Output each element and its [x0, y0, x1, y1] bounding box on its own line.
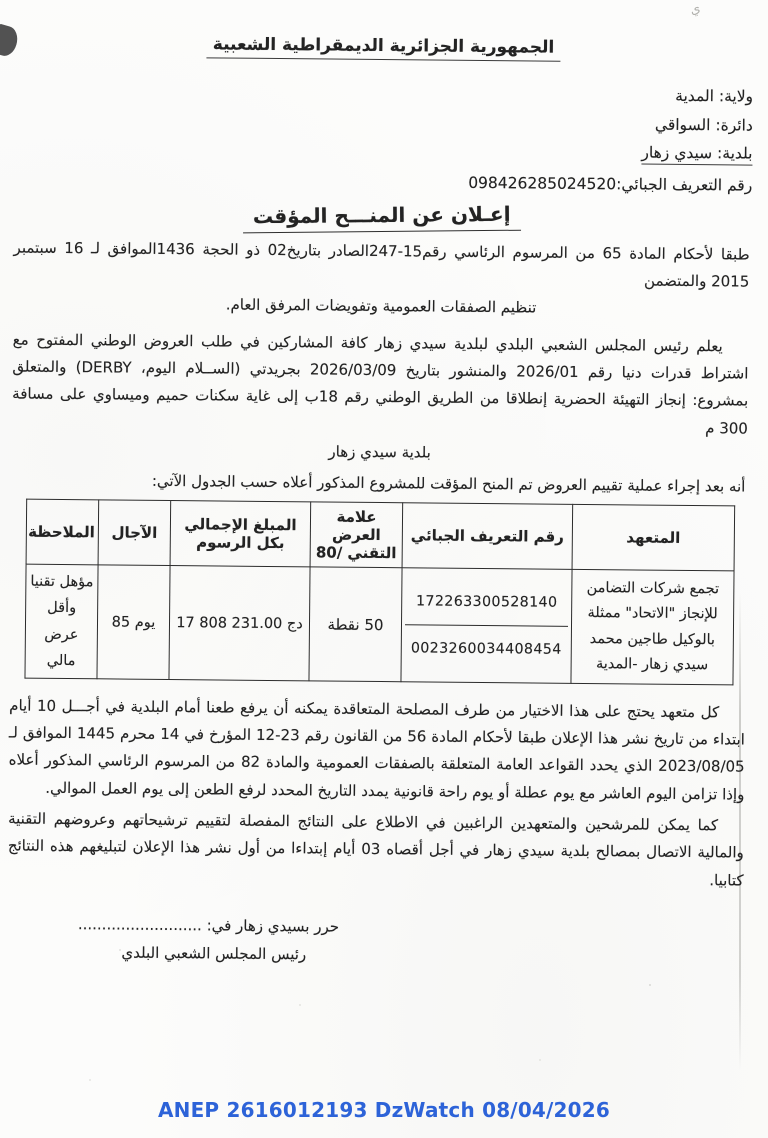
header-contractor: المتعهد: [572, 505, 735, 572]
paragraph-legal-basis-end: تنظيم الصفقات العمومية وتفويضات المرفق ا…: [13, 289, 749, 323]
paragraph-tender-description: يعلم رئيس المجلس الشعبي البلدي لبلدية سي…: [12, 326, 749, 442]
paragraph-award-statement: أنه بعد إجراء عملية تقييم العروض تم المن…: [11, 471, 745, 496]
tax-id-1: 172263300528140: [405, 578, 568, 627]
paragraph-detailed-results: كما يمكن للمرشحين والمتعهدين الراغبين في…: [7, 805, 744, 894]
signature-block: حرر بسيدي زهار في: .....................…: [49, 910, 340, 970]
cell-contractor: تجمع شركات التضامن للإنجاز "الاتحاد" ممث…: [571, 570, 734, 685]
award-table-header: المتعهد رقم التعريف الجبائي علامة العرض …: [26, 500, 735, 572]
scanned-page-background: ي الجمهورية الجزائرية الديمقراطية الشعبي…: [0, 0, 768, 1138]
republic-header-text: الجمهورية الجزائرية الديمقراطية الشعبية: [207, 34, 561, 61]
tax-id-2: 0023260034408454: [405, 625, 568, 673]
header-total-amount: المبلغ الإجمالي بكل الرسوم: [170, 501, 311, 567]
header-tax-id: رقم التعريف الجبائي: [402, 503, 573, 570]
document-title-text: إعـلان عن المنـــح المؤقت: [243, 202, 521, 234]
signature-role: رئيس المجلس الشعبي البلدي: [89, 939, 339, 970]
anep-footer-line: ANEP 2616012193 DzWatch 08/04/2026: [0, 1098, 768, 1122]
document-title: إعـلان عن المنـــح المؤقت: [0, 199, 766, 235]
commune-line: بلدية: سيدي زهار: [0, 139, 753, 165]
cell-total-amount: 17 808 231.00 دج: [169, 566, 310, 681]
award-table: المتعهد رقم التعريف الجبائي علامة العرض …: [24, 499, 735, 685]
wilaya-line: ولاية: المدية: [0, 82, 753, 105]
header-duration: الآجال: [98, 500, 171, 566]
header-technical-score: علامة العرض التقني /80: [310, 502, 403, 568]
paragraph-appeal-rights: كل متعهد يحتج على هذا الاختيار من طرف ال…: [8, 692, 745, 808]
cell-duration: 85 يوم: [97, 565, 170, 679]
award-table-body: تجمع شركات التضامن للإنجاز "الاتحاد" ممث…: [25, 565, 734, 685]
commune-line-text: بلدية: سيدي زهار: [641, 146, 752, 166]
administrative-block: ولاية: المدية دائرة: السواقي بلدية: سيدي…: [0, 82, 753, 193]
cell-tax-ids: 172263300528140 0023260034408454: [401, 568, 572, 683]
tax-id-line: رقم التعريف الجبائي:098426285024520: [0, 171, 752, 194]
paragraph-commune-centerline: بلدية سيدي زهار: [12, 436, 748, 470]
cell-technical-score: 50 نقطة: [309, 567, 402, 681]
cell-remark: مؤهل تقنيا وأقل عرض مالي: [25, 565, 98, 679]
republic-header: الجمهورية الجزائرية الديمقراطية الشعبية: [0, 32, 768, 63]
header-remark: الملاحظة: [26, 500, 99, 566]
scanned-document-content: الجمهورية الجزائرية الديمقراطية الشعبية …: [0, 0, 768, 974]
table-row: تجمع شركات التضامن للإنجاز "الاتحاد" ممث…: [25, 565, 734, 685]
signature-place-line: حرر بسيدي زهار في: .....................…: [49, 910, 339, 941]
daira-line: دائرة: السواقي: [0, 111, 753, 134]
paragraph-legal-basis: طبقا لأحكام المادة 65 من المرسوم الرئاسي…: [13, 234, 749, 296]
